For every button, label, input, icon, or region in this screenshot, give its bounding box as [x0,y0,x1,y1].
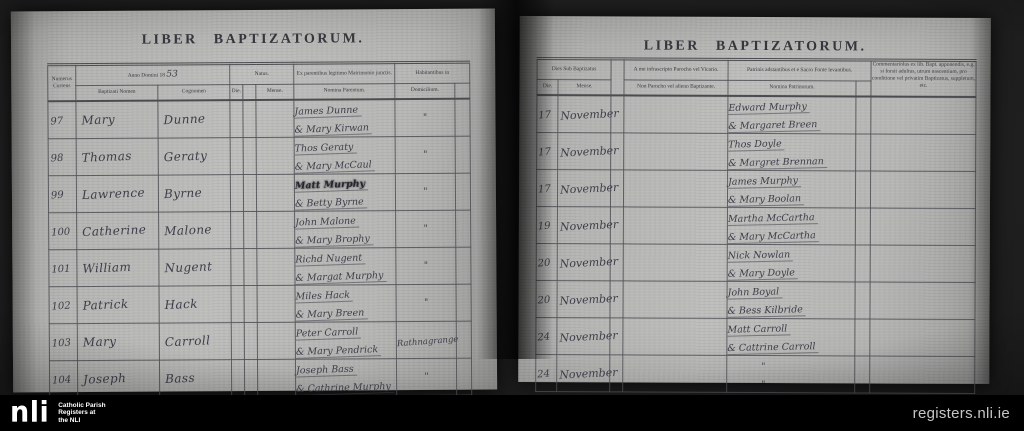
col-header-blank [455,83,470,99]
right-register-table: Dies Sub Baptizatus A me infrascripto Pa… [535,57,976,394]
baptism-row-103: 103 Mary Carroll Peter Carroll & Mary Pe… [49,321,471,361]
sponsor-name-2: & Mary Doyle [728,268,798,281]
col-header-die: Die. [230,85,243,101]
right-page-title: LIBER BAPTIZATORUM. [520,38,991,56]
col-header-mense: Mense. [558,80,611,96]
scanned-register-photo: LIBER BAPTIZATORUM. Numerus Currens Anno… [0,0,1024,431]
col-header-mense: Mense. [256,84,294,100]
sponsor-name-2: & Margaret Breen [728,120,820,133]
baptism-date-row-3: 17 November James Murphy & Mary Boolan [536,170,975,209]
father-name: James Dunne [294,105,361,118]
sponsor-ditto-1: " [727,362,765,372]
anno-domini-year-handwritten: 53 [166,69,178,79]
baptism-date-row-5: 20 November Nick Nowlan & Mary Doyle [536,244,975,283]
footer-bar: nli Catholic Parish Registers at the NLI… [0,395,1024,431]
baptized-first-name: Mary [76,112,115,128]
baptism-day: 17 [537,184,551,196]
residence-ditto: " [396,113,455,123]
left-header-group-row: Numerus Currens Anno Domini 18 53 Natus.… [48,62,470,86]
father-name: Peter Carroll [296,327,362,340]
col-header-domicilium: Domicilium. [395,83,455,99]
mother-name: & Mary Breen [296,308,368,321]
baptism-date-row-7: 24 November Matt Carroll & Cattrine Carr… [536,318,975,357]
left-register-table: Numerus Currens Anno Domini 18 53 Natus.… [47,61,472,399]
col-header-habitantibus: Habitantibus in [395,62,470,83]
baptized-surname: Geraty [158,148,207,164]
col-header-natus: Natus. [230,63,294,84]
col-header-numerus: Numerus Currens [48,65,76,102]
baptism-day: 24 [536,369,550,381]
baptized-surname: Malone [159,222,212,238]
baptized-surname: Dunne [158,111,205,127]
residence-place: Rathnagrange [397,335,459,350]
nli-logo: nli [10,399,49,427]
baptism-month: November [557,255,618,271]
baptism-month: November [557,292,618,308]
baptized-first-name: Mary [78,334,117,350]
col-header-non-parocho: Non Parocho vel alieno Baptizante. [624,80,728,96]
father-name: Matt Murphy [295,179,369,192]
residence-ditto: " [396,261,455,271]
father-name: Joseph Bass [296,365,357,378]
residence-ditto: " [396,224,455,234]
col-header-patrinis: Patrinis adstantibus et e Sacro Fonte le… [728,59,871,81]
footer-caption-line-1: Catholic Parish [58,402,105,410]
baptized-surname: Carroll [160,333,211,349]
register-left-page: LIBER BAPTIZATORUM. Numerus Currens Anno… [11,9,497,393]
col-header-parocho: A me infrascripto Parocho vel Vicario. [624,59,728,80]
mother-name: & Mary Kirwan [294,123,372,136]
baptism-day: 19 [537,221,551,233]
mother-name: & Margat Murphy [295,271,386,285]
residence-ditto: " [396,150,455,160]
sponsor-name-2: & Bess Kilbride [727,305,806,318]
baptism-date-row-2: 17 November Thos Doyle & Margret Brennan [537,133,976,172]
col-header-blank [611,59,624,96]
baptism-row-104: 104 Joseph Bass Joseph Bass & Cathrine M… [49,358,471,398]
right-header-group-row: Dies Sub Baptizatus A me infrascripto Pa… [537,59,976,82]
entry-number: 98 [48,153,63,165]
entry-number: 103 [50,338,72,350]
entry-number: 104 [50,375,72,387]
sponsor-name-1: Edward Murphy [728,102,810,115]
baptism-day: 17 [537,147,551,159]
sponsor-name-1: Nick Nowlan [728,250,794,262]
residence-ditto: " [397,372,456,382]
nli-branding: nli Catholic Parish Registers at the NLI [10,400,106,426]
baptism-row-97: 97 Mary Dunne James Dunne & Mary Kirwan … [48,99,470,139]
entry-number: 102 [49,301,71,313]
col-header-commentariolus: Commentariolus ex lib. Bapt. apponendis,… [871,60,976,97]
residence-ditto: " [396,187,455,197]
baptism-date-row-8: 24 November " " [536,355,975,394]
mother-name: & Mary McCaul [295,160,375,174]
residence-ditto: " [397,298,456,308]
col-header-ex-parentibus: Ex parentibus legitimo Matrimonio juncti… [294,63,395,85]
baptized-surname: Byrne [159,186,203,202]
photo-background: LIBER BAPTIZATORUM. Numerus Currens Anno… [0,0,1024,395]
baptism-month: November [558,218,619,234]
mother-name: & Mary Brophy [295,234,373,247]
baptized-first-name: Catherine [77,222,147,239]
baptism-day: 20 [536,295,550,307]
father-name: John Malone [295,217,359,230]
father-name: Miles Hack [295,291,353,304]
sponsor-name-2: & Mary McCartha [728,231,819,244]
col-header-baptizati-nomen: Baptizati Nomen [76,85,158,101]
sponsor-name-1: John Boyal [727,287,782,299]
baptism-month: November [557,366,618,382]
baptism-date-row-6: 20 November John Boyal & Bess Kilbride [536,281,975,320]
footer-caption-line-3: the NLI [58,417,105,425]
sponsor-name-1: Matt Carroll [727,324,790,336]
footer-caption: Catholic Parish Registers at the NLI [58,402,105,425]
col-header-blank [243,84,256,100]
baptism-row-99: 99 Lawrence Byrne Matt Murphy & Betty By… [48,173,470,213]
sponsor-name-1: Thos Doyle [728,139,785,151]
baptism-month: November [557,329,618,345]
sponsor-name-2: & Mary Boolan [728,194,804,207]
baptism-date-row-4: 19 November Martha McCartha & Mary McCar… [536,207,975,246]
sponsor-ditto-2: " [727,380,765,390]
baptism-day: 20 [536,258,550,270]
baptized-first-name: Patrick [77,297,128,313]
col-header-anno-domini: Anno Domini 18 53 [76,64,230,86]
register-right-page: LIBER BAPTIZATORUM. Dies Sub Baptizatus … [518,16,991,384]
baptized-surname: Nugent [159,259,212,275]
entry-number: 100 [49,227,71,239]
footer-caption-line-2: Registers at [58,409,105,417]
baptism-date-row-1: 17 November Edward Murphy & Margaret Bre… [537,95,976,134]
col-header-nomina-parentum: Nomina Parentum. [294,84,395,100]
sponsor-name-1: James Murphy [728,176,801,189]
baptism-month: November [558,181,619,197]
baptized-surname: Bass [160,371,195,386]
baptism-month: November [558,107,619,123]
baptism-day: 17 [537,110,551,122]
baptized-surname: Hack [159,297,198,313]
entry-number: 101 [49,264,71,276]
baptism-row-98: 98 Thomas Geraty Thos Geraty & Mary McCa… [48,136,470,176]
baptism-row-101: 101 William Nugent Richd Nugent & Margat… [49,247,471,287]
entry-number: 97 [48,116,63,128]
col-header-die: Die. [537,80,558,96]
father-name: Richd Nugent [295,253,365,266]
left-page-title: LIBER BAPTIZATORUM. [11,31,495,50]
mother-name: & Mary Pendrick [296,345,382,359]
baptized-first-name: William [77,260,131,276]
entry-number: 99 [49,190,64,202]
baptized-first-name: Lawrence [77,185,146,202]
col-header-dies-baptizatus: Dies Sub Baptizatus [537,59,611,80]
baptism-month: November [558,144,619,160]
sponsor-name-2: & Margret Brennan [728,157,827,170]
mother-name: & Betty Byrne [295,197,367,210]
col-header-nomina-patrinorum: Nomina Patrinorum. [728,80,856,96]
col-header-blank [856,81,871,97]
sponsor-name-2: & Cattrine Carroll [727,342,818,355]
baptism-row-100: 100 Catherine Malone John Malone & Mary … [49,210,471,250]
father-name: Thos Geraty [295,143,357,156]
mother-name: & Cathrine Murphy [296,382,394,396]
baptism-day: 24 [536,332,550,344]
baptized-first-name: Joseph [78,371,127,387]
footer-site-url: registers.nli.ie [913,405,1010,422]
sponsor-name-1: Martha McCartha [728,213,818,226]
col-header-cognomen: Cognomen [158,85,230,101]
anno-domini-printed: Anno Domini 18 [128,72,165,78]
baptism-row-102: 102 Patrick Hack Miles Hack & Mary Breen… [49,284,471,324]
baptized-first-name: Thomas [76,149,132,165]
